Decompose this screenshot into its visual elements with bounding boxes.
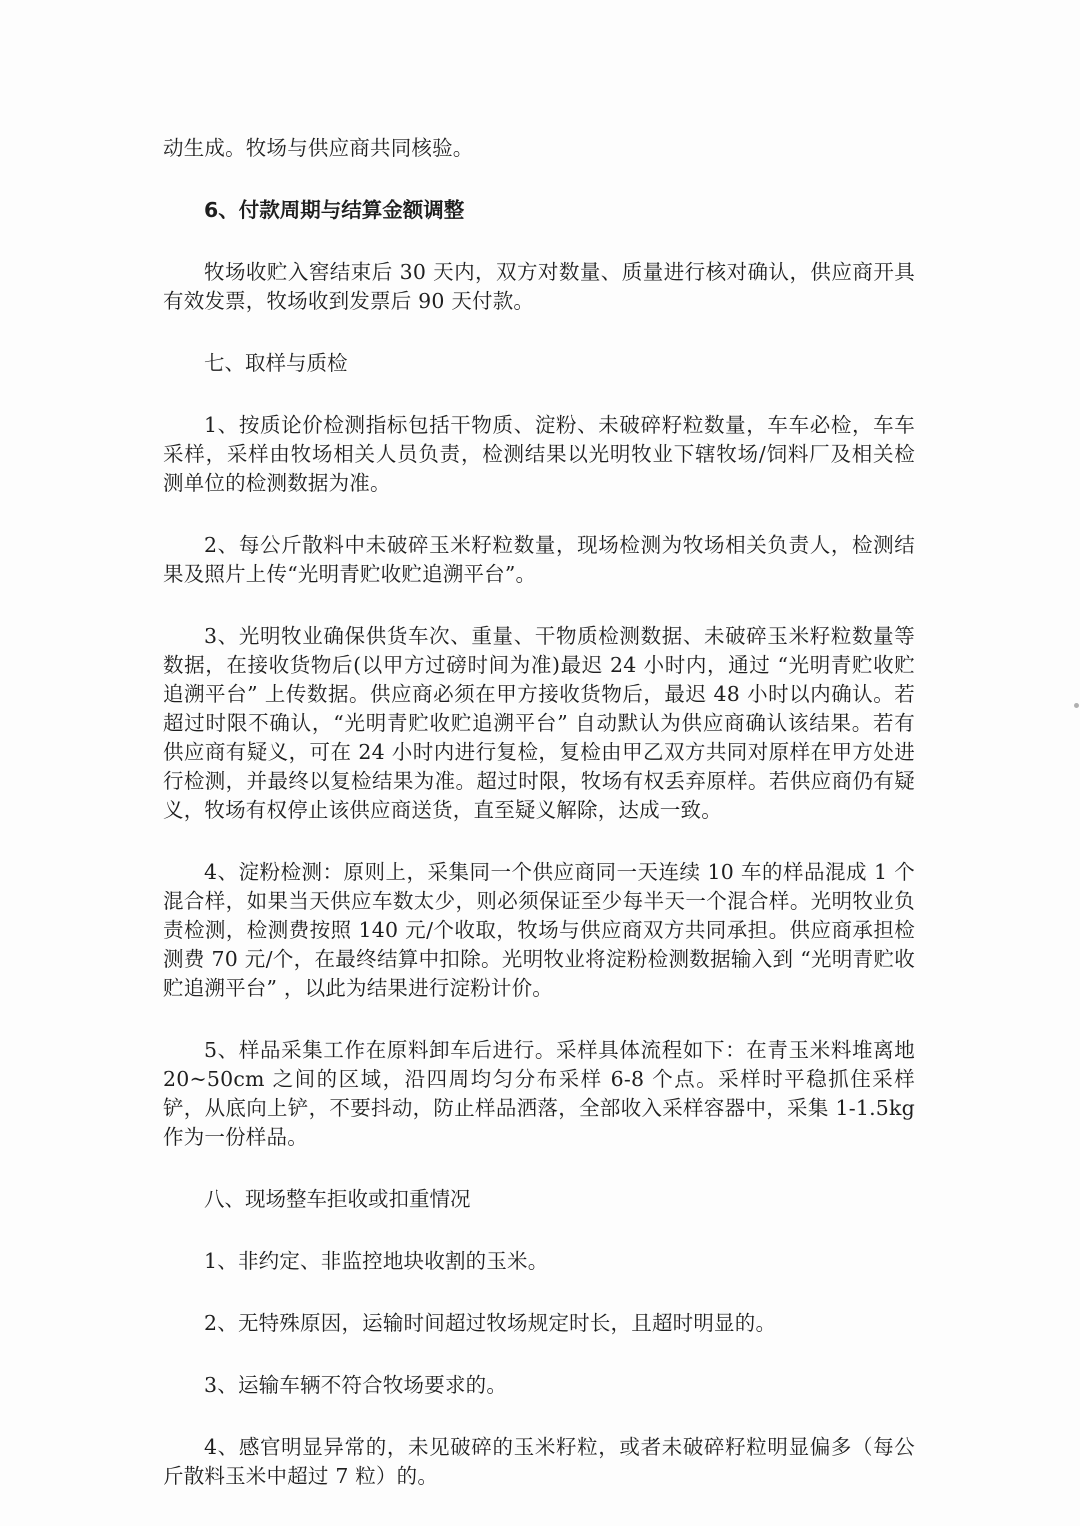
section-heading-rejection: 八、现场整车拒收或扣重情况 [163,1185,915,1214]
scan-speck [1074,703,1079,708]
paragraph-sampling-item-3: 3、光明牧业确保供货车次、重量、干物质检测数据、未破碎玉米籽粒数量等数据，在接收… [163,622,915,825]
paragraph-rejection-item-4: 4、感官明显异常的，未见破碎的玉米籽粒，或者未破碎籽粒明显偏多（每公斤散料玉米中… [163,1433,915,1491]
paragraph-continuation: 动生成。牧场与供应商共同核验。 [163,134,915,163]
document-body: 动生成。牧场与供应商共同核验。 6、付款周期与结算金额调整 牧场收贮入窖结束后 … [163,134,915,1491]
section-heading-sampling-quality: 七、取样与质检 [163,349,915,378]
paragraph-sampling-item-5: 5、样品采集工作在原料卸车后进行。采样具体流程如下：在青玉米料堆离地 20~50… [163,1036,915,1152]
paragraph-sampling-item-2: 2、每公斤散料中未破碎玉米籽粒数量，现场检测为牧场相关负责人，检测结果及照片上传… [163,531,915,589]
scanned-document-page: 动生成。牧场与供应商共同核验。 6、付款周期与结算金额调整 牧场收贮入窖结束后 … [0,0,1080,1526]
paragraph-rejection-item-1: 1、非约定、非监控地块收割的玉米。 [163,1247,915,1276]
paragraph-rejection-item-3: 3、运输车辆不符合牧场要求的。 [163,1371,915,1400]
paragraph-payment-terms: 牧场收贮入窖结束后 30 天内，双方对数量、质量进行核对确认，供应商开具有效发票… [163,258,915,316]
section-heading-payment-cycle: 6、付款周期与结算金额调整 [163,196,915,225]
paragraph-sampling-item-1: 1、按质论价检测指标包括干物质、淀粉、未破碎籽粒数量，车车必检，车车采样，采样由… [163,411,915,498]
paragraph-rejection-item-2: 2、无特殊原因，运输时间超过牧场规定时长，且超时明显的。 [163,1309,915,1338]
paragraph-sampling-item-4: 4、淀粉检测：原则上，采集同一个供应商同一天连续 10 车的样品混成 1 个混合… [163,858,915,1003]
